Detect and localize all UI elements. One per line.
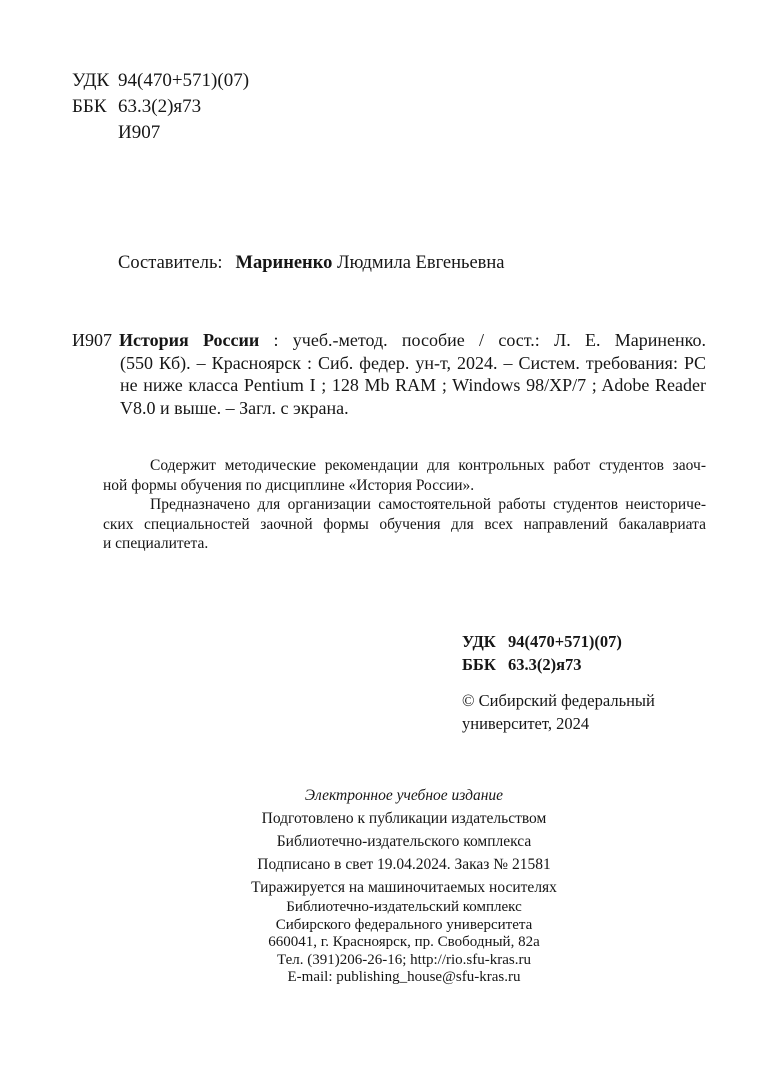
bbk-label-right: ББК	[462, 654, 508, 677]
publisher-university-line: Сибирского федерального университета	[150, 917, 658, 935]
udk-label: УДК	[72, 68, 118, 94]
udk-value-right: 94(470+571)(07)	[508, 631, 622, 654]
bibliographic-entry-line-3: не ниже класса Pentium I ; 128 Mb RAM ; …	[72, 374, 706, 397]
biblio-description: : учеб.-метод. пособие / сост.: Л. Е. Ма…	[259, 330, 706, 350]
udk-row-right: УДК 94(470+571)(07)	[462, 631, 655, 654]
bibliographic-entry: И907История России : учеб.-метод. пособи…	[72, 329, 706, 419]
annotation-paragraph-1-line-1: Содержит методические рекомендации для к…	[103, 456, 706, 476]
bbk-value-right: 63.3(2)я73	[508, 654, 582, 677]
colophon: Электронное учебное издание Подготовлено…	[150, 786, 658, 987]
compiler-label: Составитель:	[118, 253, 223, 273]
publisher-phone-website: Тел. (391)206-26-16; http://rio.sfu-kras…	[150, 952, 658, 970]
bibliographic-entry-line-2: (550 Кб). – Красноярск : Сиб. федер. ун-…	[72, 352, 706, 375]
annotation-paragraph-1-line-2: ной формы обучения по дисциплине «Истори…	[103, 476, 706, 496]
udk-row: УДК 94(470+571)(07)	[72, 68, 249, 94]
prepared-by-block: Подготовлено к публикации издательством …	[150, 808, 658, 853]
bbk-row: ББК 63.3(2)я73	[72, 94, 249, 120]
signed-date-order-line: Подписано в свет 19.04.2024. Заказ № 215…	[150, 854, 658, 877]
copyright-line-1: © Сибирский федеральный	[462, 689, 655, 712]
bibliographic-entry-line-1: И907История России : учеб.-метод. пособи…	[72, 329, 706, 352]
bbk-label: ББК	[72, 94, 118, 120]
copyright-line-2: университет, 2024	[462, 712, 655, 735]
publisher-address-block: Библиотечно-издательский комплекс Сибирс…	[150, 899, 658, 987]
release-info-block: Подписано в свет 19.04.2024. Заказ № 215…	[150, 854, 658, 899]
prepared-line-1: Подготовлено к публикации издательством	[150, 808, 658, 831]
classification-codes-right: УДК 94(470+571)(07) ББК 63.3(2)я73 © Сиб…	[462, 631, 655, 735]
compiler-given-names: Людмила Евгеньевна	[332, 253, 504, 273]
annotation-paragraph-2-line-1: Предназначено для организации самостояте…	[103, 495, 706, 515]
publisher-postal-address: 660041, г. Красноярск, пр. Свободный, 82…	[150, 934, 658, 952]
udk-label-right: УДК	[462, 631, 508, 654]
copyright-notice: © Сибирский федеральный университет, 202…	[462, 689, 655, 735]
book-title: История России	[119, 330, 259, 350]
publisher-name-line: Библиотечно-издательский комплекс	[150, 899, 658, 917]
biblio-author-sign: И907	[72, 330, 112, 350]
author-sign-row: И907	[72, 120, 249, 146]
author-sign-spacer	[72, 120, 118, 146]
annotation-paragraph-2-line-2: ских специальностей заочной формы обучен…	[103, 515, 706, 535]
author-sign-value: И907	[118, 120, 160, 146]
bbk-value: 63.3(2)я73	[118, 94, 201, 120]
compiler-surname: Мариненко	[236, 253, 333, 273]
distribution-line: Тиражируется на машиночитаемых носителях	[150, 877, 658, 900]
edition-type: Электронное учебное издание	[150, 786, 658, 806]
prepared-line-2: Библиотечно-издательского комплекса	[150, 831, 658, 854]
bbk-row-right: ББК 63.3(2)я73	[462, 654, 655, 677]
udk-value: 94(470+571)(07)	[118, 68, 249, 94]
classification-codes-top: УДК 94(470+571)(07) ББК 63.3(2)я73 И907	[72, 68, 249, 146]
publisher-email: E-mail: publishing_house@sfu-kras.ru	[150, 969, 658, 987]
annotation: Содержит методические рекомендации для к…	[103, 456, 706, 554]
annotation-paragraph-2-line-3: и специалитета.	[103, 534, 706, 554]
bibliographic-entry-line-4: V8.0 и выше. – Загл. с экрана.	[72, 397, 706, 420]
compiler-line: Составитель:Мариненко Людмила Евгеньевна	[118, 251, 505, 275]
imprint-page: УДК 94(470+571)(07) ББК 63.3(2)я73 И907 …	[0, 0, 764, 1080]
